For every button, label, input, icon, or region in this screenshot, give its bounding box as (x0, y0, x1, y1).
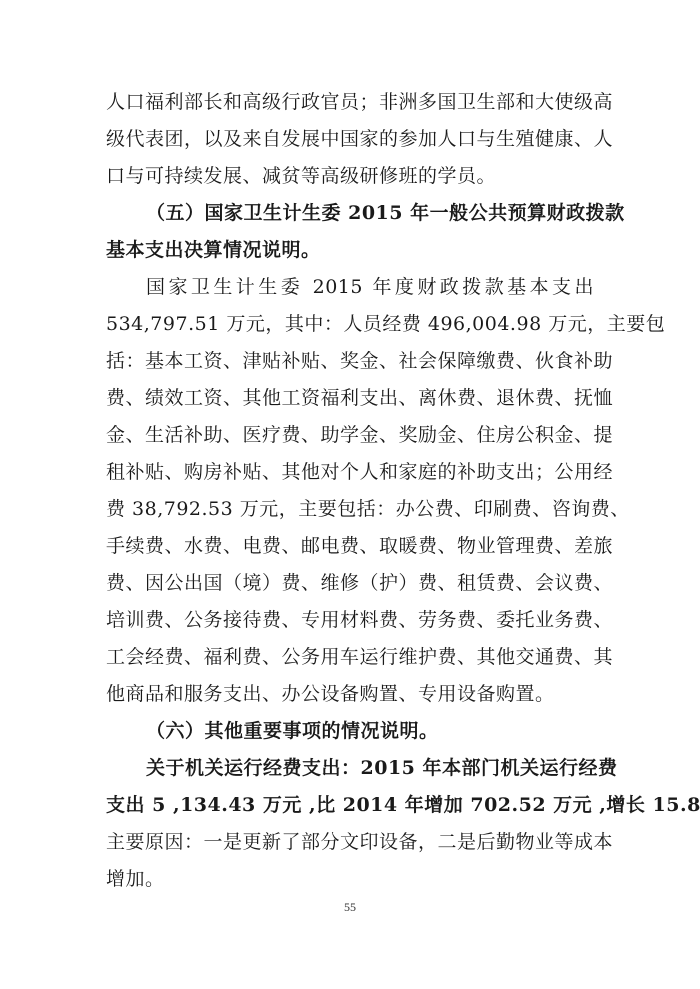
text-line: 534,797.51 万元，其中：人员经费 496,004.98 万元，主要包 (106, 306, 594, 343)
text-line: 费、因公出国（境）费、维修（护）费、租赁费、会议费、 (106, 565, 594, 602)
text-line: 费 38,792.53 万元，主要包括：办公费、印刷费、咨询费、 (106, 491, 594, 528)
text-line: 人口福利部长和高级行政官员；非洲多国卫生部和大使级高 (106, 84, 594, 121)
text-line: 金、生活补助、医疗费、助学金、奖励金、住房公积金、提 (106, 417, 594, 454)
heading-line: （五）国家卫生计生委 2015 年一般公共预算财政拨款 (106, 195, 594, 232)
text-line: 主要原因：一是更新了部分文印设备，二是后勤物业等成本 (106, 824, 594, 861)
text-line: 括：基本工资、津贴补贴、奖金、社会保障缴费、伙食补助 (106, 343, 594, 380)
text-line: 培训费、公务接待费、专用材料费、劳务费、委托业务费、 (106, 602, 594, 639)
text-line: 租补贴、购房补贴、其他对个人和家庭的补助支出；公用经 (106, 454, 594, 491)
text-line: 工会经费、福利费、公务用车运行维护费、其他交通费、其 (106, 639, 594, 676)
heading-line: （六）其他重要事项的情况说明。 (106, 713, 594, 750)
document-body: 人口福利部长和高级行政官员；非洲多国卫生部和大使级高级代表团，以及来自发展中国家… (106, 84, 594, 898)
text-line: 费、绩效工资、其他工资福利支出、离休费、退休费、抚恤 (106, 380, 594, 417)
heading-line: 支出 5 ,134.43 万元 ,比 2014 年增加 702.52 万元 ,增… (106, 787, 594, 824)
text-line: 他商品和服务支出、办公设备购置、专用设备购置。 (106, 676, 594, 713)
text-line: 级代表团，以及来自发展中国家的参加人口与生殖健康、人 (106, 121, 594, 158)
heading-line: 基本支出决算情况说明。 (106, 232, 594, 269)
heading-line: 关于机关运行经费支出：2015 年本部门机关运行经费 (106, 750, 594, 787)
text-line: 增加。 (106, 861, 594, 898)
text-line: 口与可持续发展、减贫等高级研修班的学员。 (106, 158, 594, 195)
text-line: 国家卫生计生委 2015 年度财政拨款基本支出 (106, 269, 594, 306)
text-line: 手续费、水费、电费、邮电费、取暖费、物业管理费、差旅 (106, 528, 594, 565)
page-number: 55 (0, 900, 700, 915)
